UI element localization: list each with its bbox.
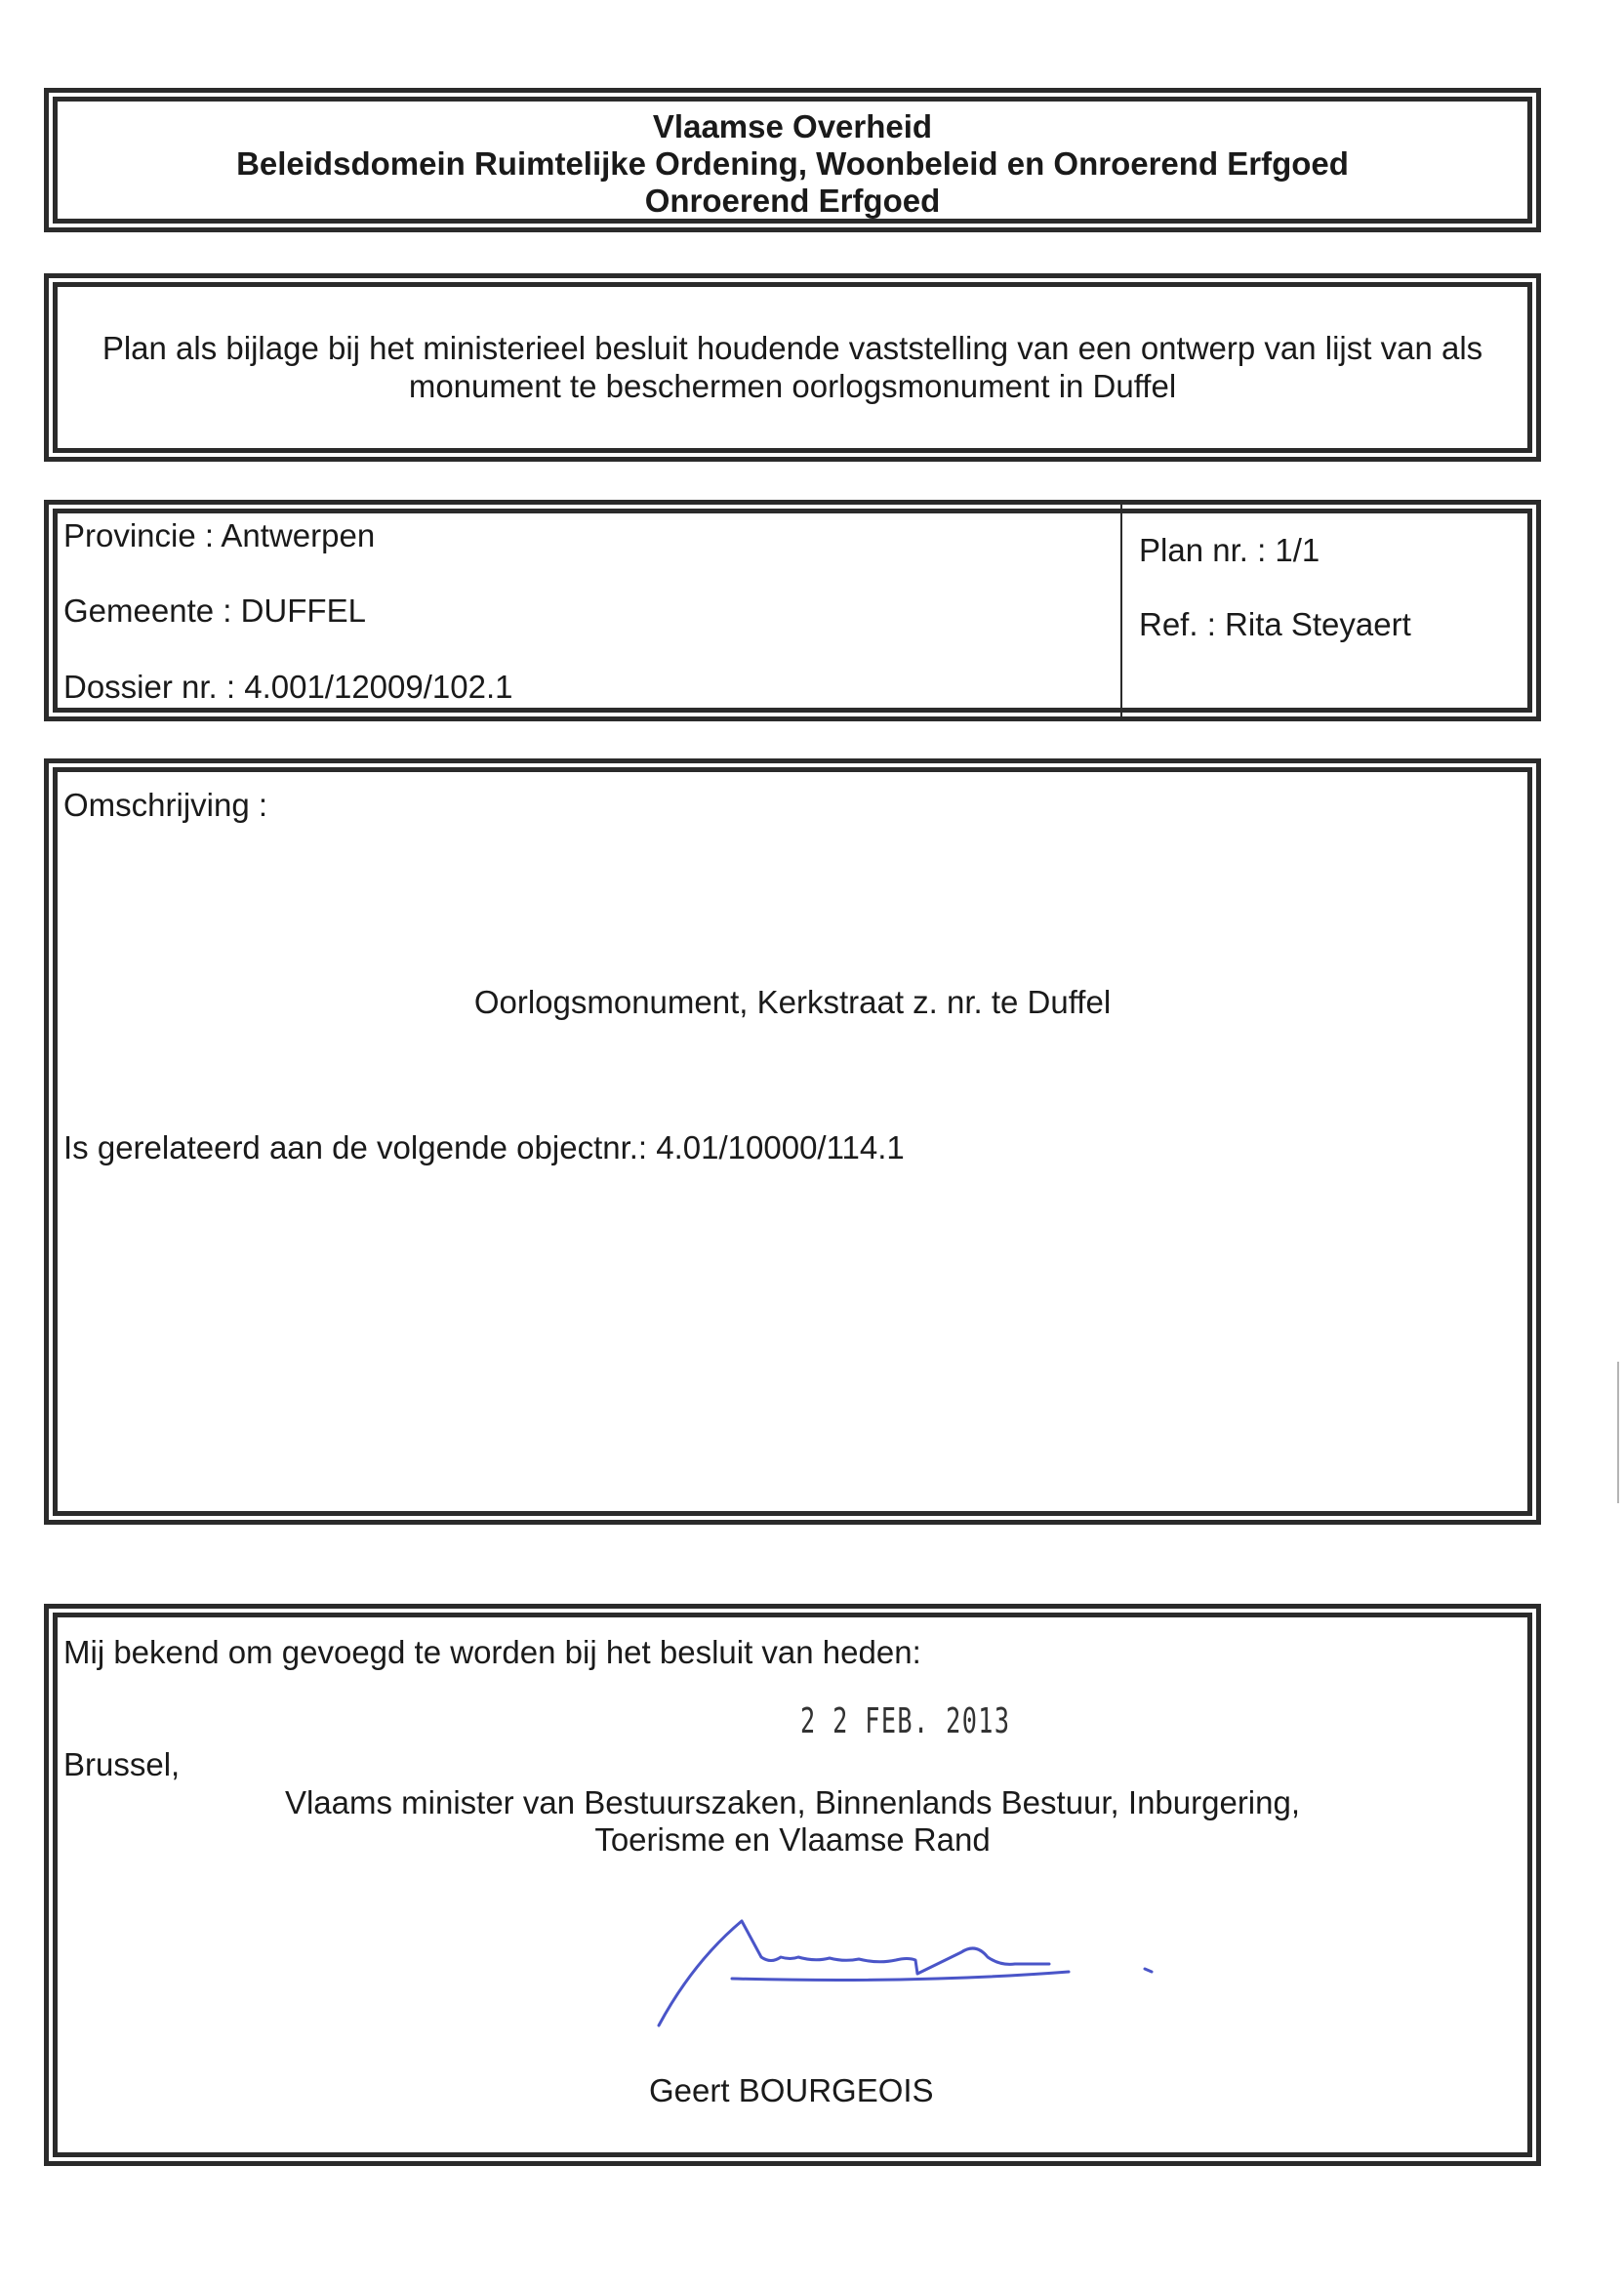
plan-nr-field: Plan nr. : 1/1: [1139, 534, 1319, 566]
header-line-2: Beleidsdomein Ruimtelijke Ordening, Woon…: [49, 147, 1536, 180]
subject-line-2: monument te beschermen oorlogsmonument i…: [49, 370, 1536, 402]
minister-title-line-1: Vlaams minister van Bestuurszaken, Binne…: [49, 1786, 1536, 1819]
header-line-1: Vlaamse Overheid: [49, 110, 1536, 143]
info-divider: [1120, 505, 1122, 716]
approval-intro: Mij bekend om gevoegd te worden bij het …: [63, 1636, 921, 1668]
dossier-field: Dossier nr. : 4.001/12009/102.1: [63, 671, 513, 703]
minister-title-line-2: Toerisme en Vlaamse Rand: [49, 1823, 1536, 1856]
place: Brussel,: [63, 1748, 180, 1780]
date-stamp: 2 2 FEB. 2013: [800, 1704, 1010, 1739]
related-objects: Is gerelateerd aan de volgende objectnr.…: [63, 1131, 905, 1164]
header-line-3: Onroerend Erfgoed: [49, 184, 1536, 217]
approval-box: Mij bekend om gevoegd te worden bij het …: [44, 1604, 1541, 2166]
description-box: Omschrijving : Oorlogsmonument, Kerkstra…: [44, 758, 1541, 1525]
header-box: Vlaamse Overheid Beleidsdomein Ruimtelij…: [44, 88, 1541, 232]
description-text: Oorlogsmonument, Kerkstraat z. nr. te Du…: [49, 986, 1536, 1018]
gemeente-field: Gemeente : DUFFEL: [63, 594, 366, 627]
info-box: Provincie : Antwerpen Gemeente : DUFFEL …: [44, 500, 1541, 721]
scan-edge-line: [1617, 1362, 1619, 1503]
provincie-field: Provincie : Antwerpen: [63, 519, 375, 552]
description-label: Omschrijving :: [63, 789, 267, 821]
ref-field: Ref. : Rita Steyaert: [1139, 608, 1411, 640]
subject-box: Plan als bijlage bij het ministerieel be…: [44, 273, 1541, 462]
subject-line-1: Plan als bijlage bij het ministerieel be…: [49, 332, 1536, 364]
signatory-name: Geert BOURGEOIS: [649, 2074, 934, 2106]
signature-icon: [625, 1903, 1308, 2060]
